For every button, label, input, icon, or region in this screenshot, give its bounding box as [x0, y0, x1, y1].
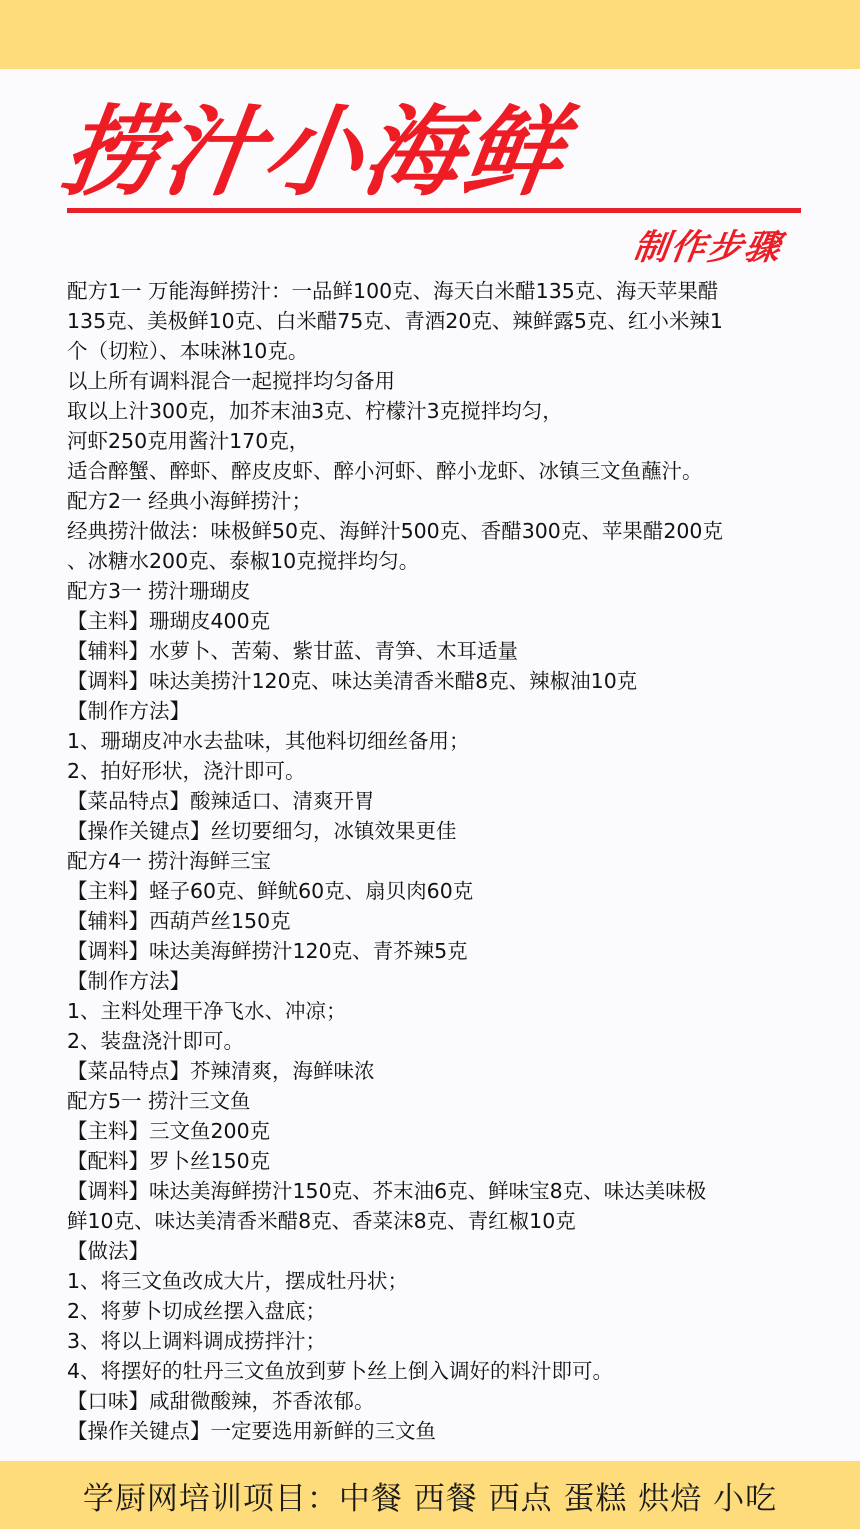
text-line: 【调料】味达美海鲜捞汁120克、青芥辣5克: [67, 936, 827, 966]
text-line: 【主料】珊瑚皮400克: [67, 606, 827, 636]
text-line: 【操作关键点】丝切要细匀，冰镇效果更佳: [67, 816, 827, 846]
text-line: 【菜品特点】酸辣适口、清爽开胃: [67, 786, 827, 816]
text-line: 【主料】三文鱼200克: [67, 1116, 827, 1146]
text-line: 【口味】咸甜微酸辣，芥香浓郁。: [67, 1386, 827, 1416]
text-line: 【菜品特点】芥辣清爽，海鲜味浓: [67, 1056, 827, 1086]
text-line: 以上所有调料混合一起搅拌均匀备用: [67, 366, 827, 396]
text-line: 【辅料】水萝卜、苦菊、紫甘蓝、青笋、木耳适量: [67, 636, 827, 666]
text-line: 【辅料】西葫芦丝150克: [67, 906, 827, 936]
text-line: 河虾250克用酱汁170克，: [67, 426, 827, 456]
text-line: 鲜10克、味达美清香米醋8克、香菜沫8克、青红椒10克: [67, 1206, 827, 1236]
text-line: 、冰糖水200克、泰椒10克搅拌均匀。: [67, 546, 827, 576]
text-line: 适合醉蟹、醉虾、醉皮皮虾、醉小河虾、醉小龙虾、冰镇三文鱼蘸汁。: [67, 456, 827, 486]
text-line: 2、装盘浇汁即可。: [67, 1026, 827, 1056]
page-subtitle: 制作步骤: [630, 220, 785, 270]
text-line: 4、将摆好的牡丹三文鱼放到萝卜丝上倒入调好的料汁即可。: [67, 1356, 827, 1386]
text-line: 3、将以上调料调成捞拌汁；: [67, 1326, 827, 1356]
text-line: 135克、美极鲜10克、白米醋75克、青酒20克、辣鲜露5克、红小米辣1: [67, 306, 827, 336]
footer-text: 学厨网培训项目：中餐 西餐 西点 蛋糕 烘焙 小吃: [83, 1473, 777, 1518]
footer-banner: 学厨网培训项目：中餐 西餐 西点 蛋糕 烘焙 小吃: [0, 1461, 860, 1529]
top-banner-band: [0, 0, 860, 69]
text-line: 配方3一 捞汁珊瑚皮: [67, 576, 827, 606]
page-title: 捞汁小海鲜: [56, 98, 571, 208]
text-line: 2、拍好形状，浇汁即可。: [67, 756, 827, 786]
text-line: 1、将三文鱼改成大片，摆成牡丹状；: [67, 1266, 827, 1296]
text-line: 配方2一 经典小海鲜捞汁；: [67, 486, 827, 516]
text-line: 【主料】蛏子60克、鲜鱿60克、扇贝肉60克: [67, 876, 827, 906]
text-line: 【调料】味达美海鲜捞汁150克、芥末油6克、鲜味宝8克、味达美味极: [67, 1176, 827, 1206]
text-line: 【操作关键点】一定要选用新鲜的三文鱼: [67, 1416, 827, 1446]
title-divider: [67, 208, 801, 213]
text-line: 配方4一 捞汁海鲜三宝: [67, 846, 827, 876]
text-line: 【做法】: [67, 1236, 827, 1266]
text-line: 1、主料处理干净飞水、冲凉；: [67, 996, 827, 1026]
text-line: 经典捞汁做法：味极鲜50克、海鲜汁500克、香醋300克、苹果醋200克: [67, 516, 827, 546]
text-line: 配方1一 万能海鲜捞汁：一品鲜100克、海天白米醋135克、海天苹果醋: [67, 276, 827, 306]
text-line: 【调料】味达美捞汁120克、味达美清香米醋8克、辣椒油10克: [67, 666, 827, 696]
recipe-content: 配方1一 万能海鲜捞汁：一品鲜100克、海天白米醋135克、海天苹果醋135克、…: [67, 276, 827, 1446]
text-line: 取以上汁300克，加芥末油3克、柠檬汁3克搅拌均匀，: [67, 396, 827, 426]
text-line: 1、珊瑚皮冲水去盐味，其他料切细丝备用；: [67, 726, 827, 756]
text-line: 2、将萝卜切成丝摆入盘底；: [67, 1296, 827, 1326]
text-line: 配方5一 捞汁三文鱼: [67, 1086, 827, 1116]
text-line: 【制作方法】: [67, 966, 827, 996]
text-line: 【配料】罗卜丝150克: [67, 1146, 827, 1176]
text-line: 个（切粒）、本味淋10克。: [67, 336, 827, 366]
text-line: 【制作方法】: [67, 696, 827, 726]
